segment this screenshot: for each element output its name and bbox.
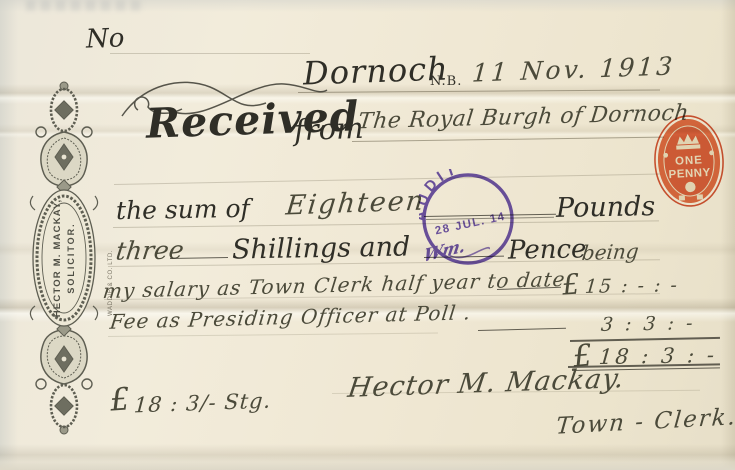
line2-amount: 3 : 3 : -: [600, 312, 696, 336]
audit-stamp-date: 28 JUL. 14: [434, 211, 507, 238]
signature: Hector M. Mackay.: [346, 363, 627, 404]
paper-edge-right: [721, 0, 735, 470]
shillings-label: Shillings and: [232, 231, 411, 265]
one-penny-revenue-stamp: ONE PENNY: [650, 112, 729, 210]
fill-line: [478, 328, 566, 332]
solicitor-ornament: HECTOR M. MACKAY, SOLICITOR.: [24, 78, 106, 438]
place-suffix: N.B.: [430, 74, 462, 89]
audit-stamp: AUDIT 28 JUL. 14 Wm.: [419, 169, 519, 269]
line2-rule: [108, 333, 438, 337]
payer-line: [352, 137, 664, 142]
paper-edge-top: [0, 0, 735, 12]
shillings-words-handwritten: three: [114, 235, 185, 265]
sum-label: the sum of: [116, 194, 250, 225]
fill-line: [170, 257, 228, 259]
svg-text:AUDIT: AUDIT: [419, 169, 462, 222]
printer-mark: WADDIE & CO. LTD.: [108, 250, 114, 316]
ink-bleed-ghost: [26, 0, 144, 11]
pounds-words-handwritten: Eighteen: [284, 186, 426, 222]
paper-crease: [0, 444, 735, 462]
line1-currency: £: [561, 267, 581, 301]
body-line2-text: Fee as Presiding Officer at Poll .: [109, 300, 473, 334]
ornament-title-text: SOLICITOR.: [66, 222, 76, 293]
being-handwritten: being: [581, 239, 640, 265]
receipt-number-label: No: [85, 23, 124, 54]
pounds-label: Pounds: [556, 191, 656, 224]
audit-stamp-word: AUDIT: [419, 169, 462, 222]
receipt-photo: No Dornoch N.B. 11 Nov. 1913 Received fr…: [0, 0, 735, 470]
note-sterling: 18 : 3/- Stg.: [133, 389, 272, 418]
paper-edge-bottom: [0, 454, 735, 470]
signature-role: Town - Clerk.: [555, 404, 735, 440]
date-handwritten: 11 Nov. 1913: [471, 51, 676, 87]
total-top-line: [570, 337, 720, 342]
paper-edge-left: [0, 0, 18, 470]
middle-rule: [114, 174, 660, 185]
payer-handwritten: The Royal Burgh of Dornoch: [357, 101, 691, 135]
receipt-number-line: [110, 53, 310, 54]
ornament-name-text: HECTOR M. MACKAY,: [52, 199, 63, 318]
note-currency: £: [109, 381, 131, 418]
revenue-stamp-text-one: ONE: [675, 154, 704, 167]
revenue-stamp-text-penny: PENNY: [668, 167, 711, 181]
